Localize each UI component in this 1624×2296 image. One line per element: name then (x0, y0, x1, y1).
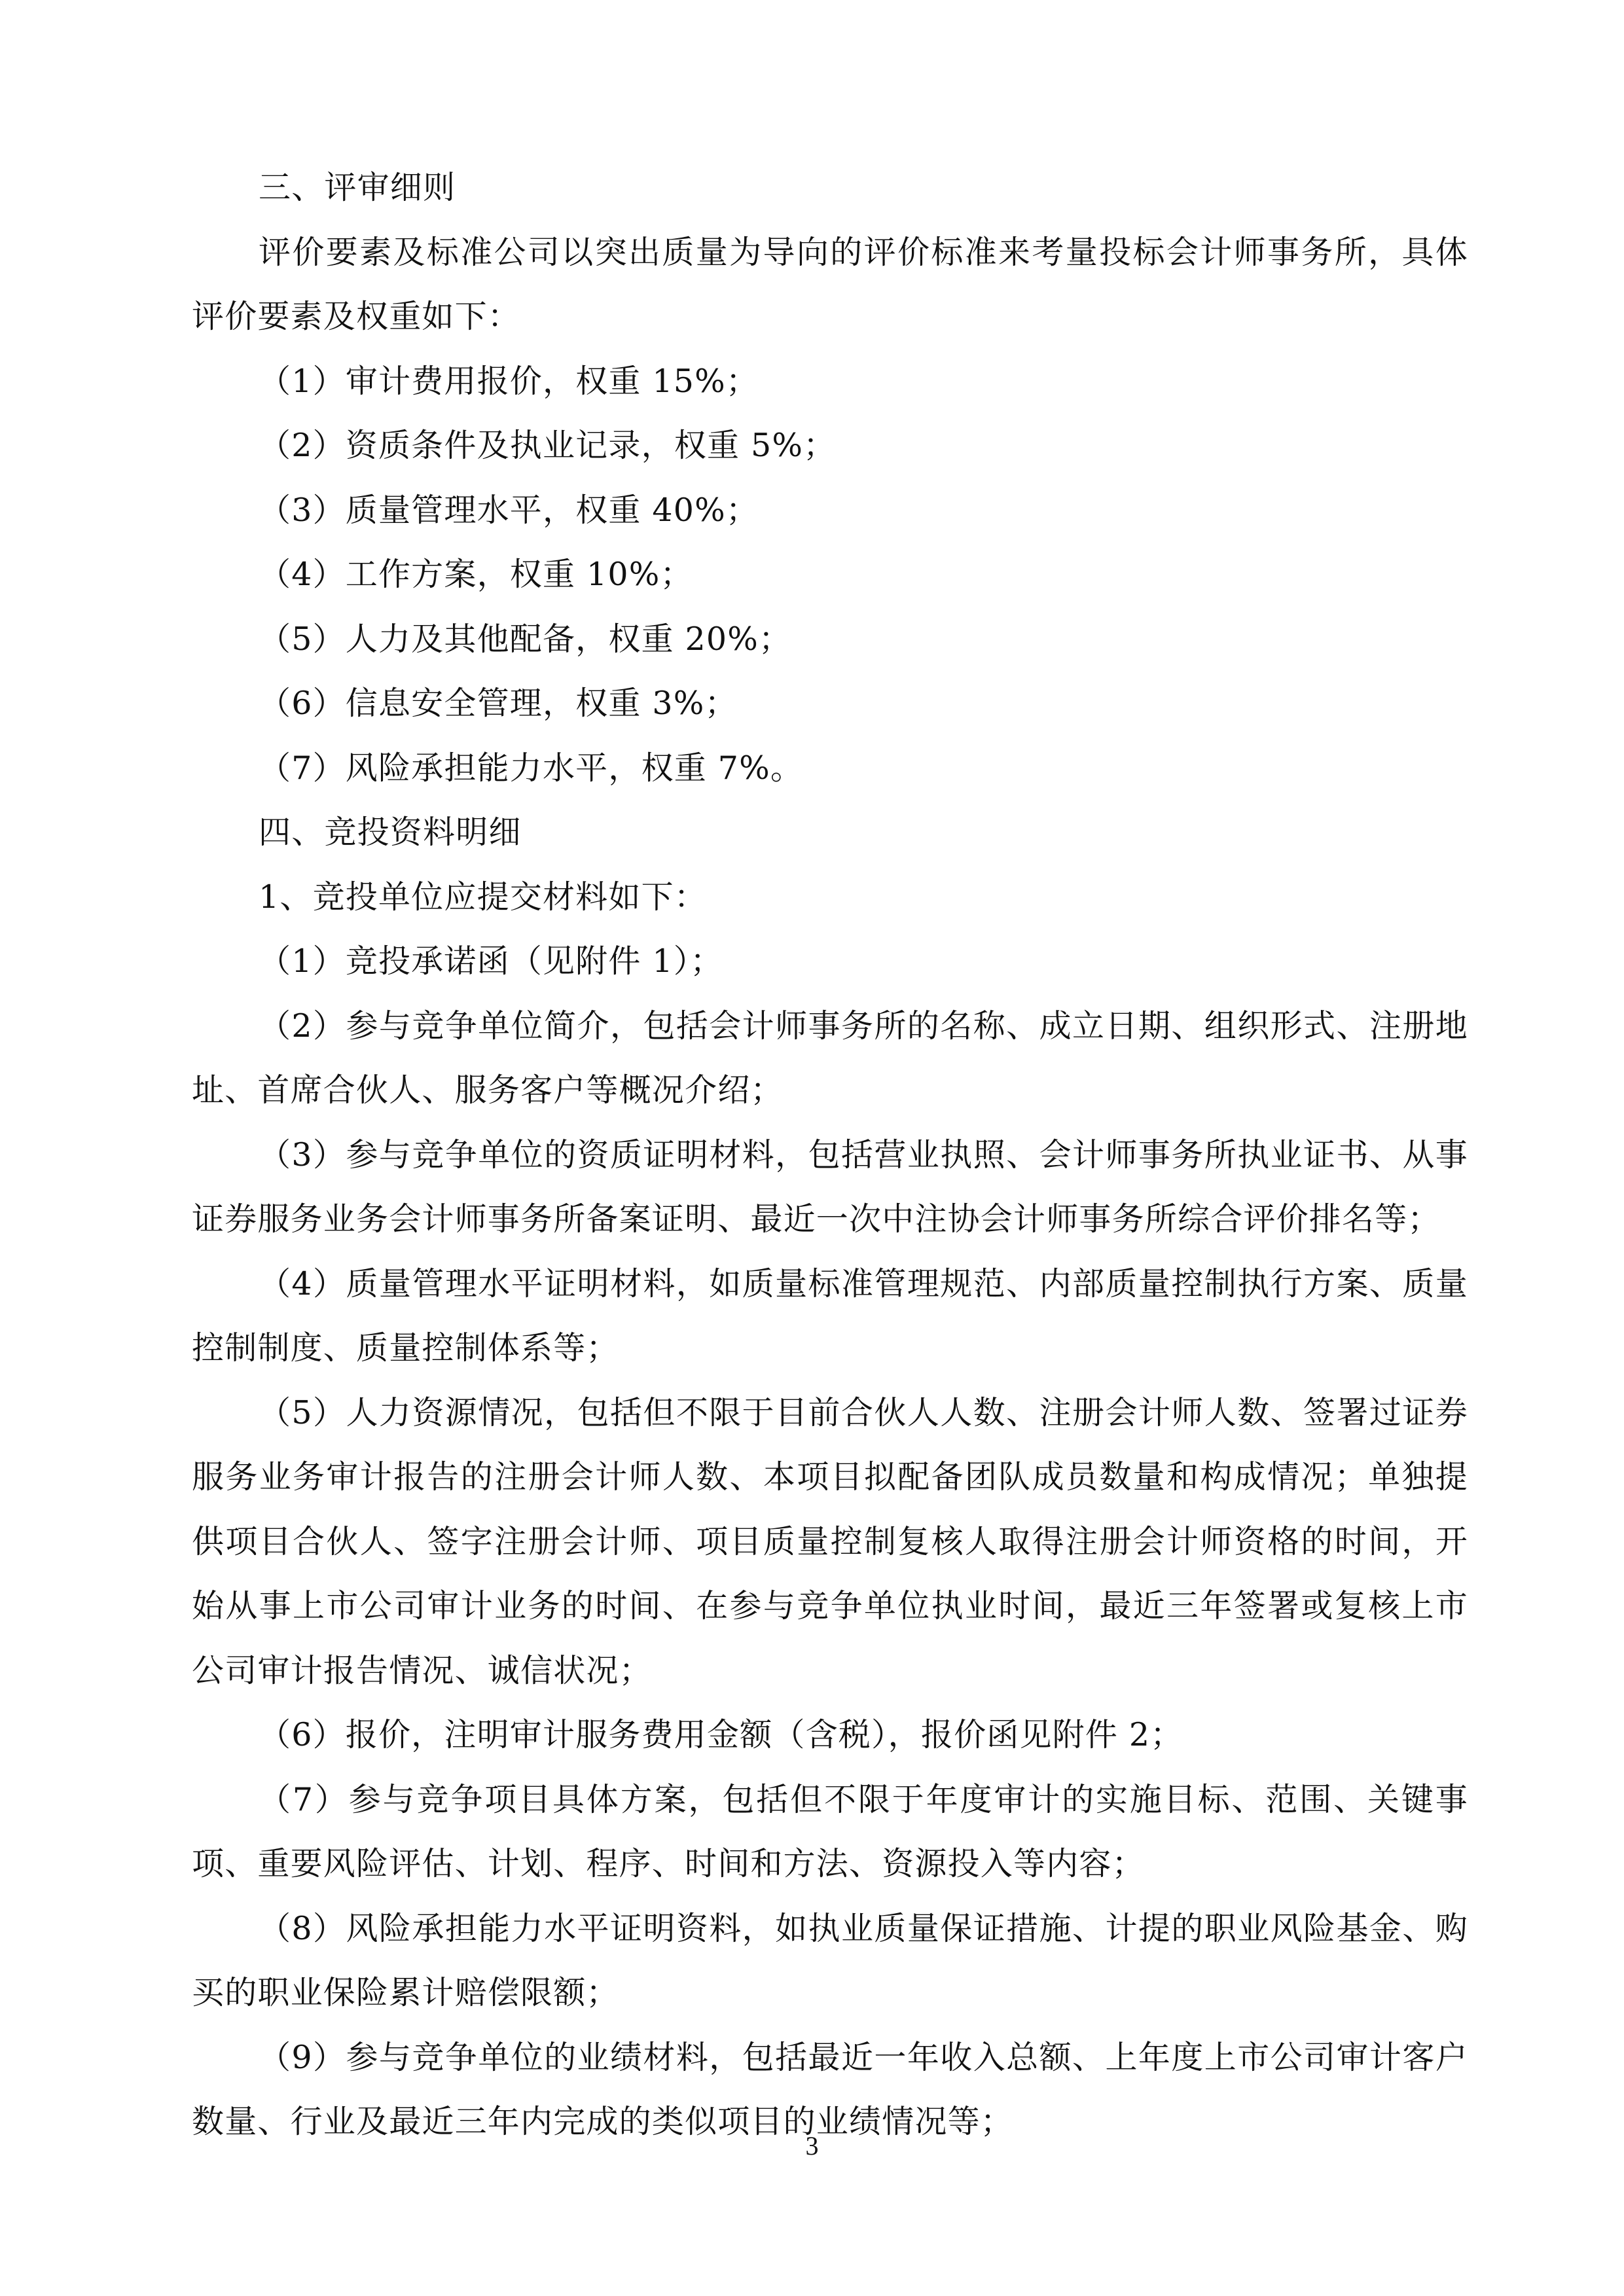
material-item: （5）人力资源情况，包括但不限于目前合伙人人数、注册会计师人数、签署过证券服务业… (192, 1381, 1468, 1704)
material-item: （6）报价，注明审计服务费用金额（含税），报价函见附件 2； (192, 1703, 1468, 1768)
criterion-item: （3）质量管理水平，权重 40%； (192, 478, 1468, 543)
material-item: （2）参与竞争单位简介，包括会计师事务所的名称、成立日期、组织形式、注册地址、首… (192, 994, 1468, 1123)
paragraph-evaluation-intro: 评价要素及标准公司以突出质量为导向的评价标准来考量投标会计师事务所，具体评价要素… (192, 221, 1468, 350)
material-item: （7）参与竞争项目具体方案，包括但不限于年度审计的实施目标、范围、关键事项、重要… (192, 1768, 1468, 1897)
section-heading-review-rules: 三、评审细则 (192, 156, 1468, 221)
criterion-item: （2）资质条件及执业记录，权重 5%； (192, 414, 1468, 478)
criterion-item: （4）工作方案，权重 10%； (192, 543, 1468, 607)
page-number: 3 (0, 2130, 1624, 2161)
sub-heading-required-materials: 1、竞投单位应提交材料如下： (192, 865, 1468, 930)
criterion-item: （5）人力及其他配备，权重 20%； (192, 607, 1468, 672)
section-heading-bid-materials: 四、竞投资料明细 (192, 800, 1468, 865)
material-item: （3）参与竞争单位的资质证明材料，包括营业执照、会计师事务所执业证书、从事证券服… (192, 1123, 1468, 1252)
material-item: （1）竞投承诺函（见附件 1）； (192, 929, 1468, 994)
criterion-item: （1）审计费用报价，权重 15%； (192, 350, 1468, 414)
document-page: 三、评审细则 评价要素及标准公司以突出质量为导向的评价标准来考量投标会计师事务所… (0, 0, 1624, 2296)
material-item: （4）质量管理水平证明材料，如质量标准管理规范、内部质量控制执行方案、质量控制制… (192, 1252, 1468, 1381)
criterion-item: （7）风险承担能力水平，权重 7%。 (192, 736, 1468, 801)
material-item: （8）风险承担能力水平证明资料，如执业质量保证措施、计提的职业风险基金、购买的职… (192, 1897, 1468, 2026)
criterion-item: （6）信息安全管理，权重 3%； (192, 672, 1468, 736)
page-content: 三、评审细则 评价要素及标准公司以突出质量为导向的评价标准来考量投标会计师事务所… (192, 156, 1468, 2155)
